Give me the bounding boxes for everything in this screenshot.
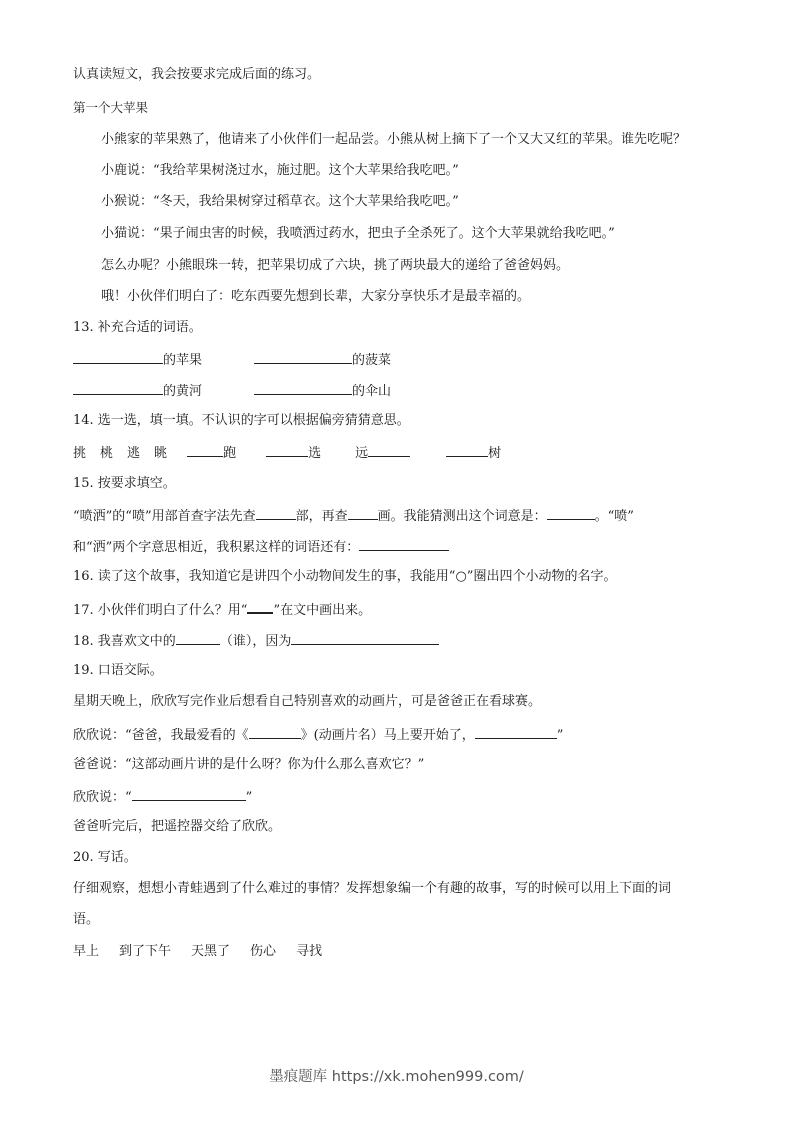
answer-blank[interactable]	[446, 443, 488, 457]
question-18-prompt: 18. 我喜欢文中的（谁），因为	[73, 631, 439, 651]
question-17-prompt: 17. 小伙伴们明白了什么？用“”在文中画出来。	[73, 599, 371, 620]
question-13-row-2: 的黄河的伞山	[73, 381, 391, 401]
text: 欣欣说：“	[73, 790, 132, 805]
word: 到了下午	[119, 944, 171, 959]
text: ”	[246, 790, 253, 805]
text: 画。我能猜测出这个词意是：	[378, 509, 547, 524]
answer-blank[interactable]	[249, 725, 301, 739]
answer-suffix: 的伞山	[352, 384, 391, 399]
word: 早上	[73, 944, 99, 959]
answer-blank[interactable]	[254, 350, 352, 364]
text: （谁），因为	[220, 634, 292, 649]
text: “喷洒”的“喷”用部首查字法先查	[73, 509, 256, 524]
text: 欣欣说：“爸爸，我最爱看的《	[73, 728, 249, 743]
instructions: 认真读短文，我会按要求完成后面的练习。	[73, 66, 320, 84]
dialogue-line: 爸爸说：“这部动画片讲的是什么呀？你为什么那么喜欢它？”	[73, 756, 424, 774]
answer-blank[interactable]	[547, 506, 595, 520]
question-14-prompt: 14. 选一选，填一填。不认识的字可以根据偏旁猜猜意思。	[73, 412, 410, 430]
text: 17. 小伙伴们明白了什么？用“	[73, 603, 247, 618]
question-14-row: 挑桃逃眺跑选远树	[73, 443, 501, 463]
choice-char: 逃	[127, 446, 140, 461]
text: ”	[557, 728, 564, 743]
answer-blank[interactable]	[348, 506, 378, 520]
answer-prefix: 远	[355, 446, 368, 461]
question-20-words: 早上到了下午天黑了伤心寻找	[73, 943, 322, 961]
text: 18. 我喜欢文中的	[73, 634, 176, 649]
answer-blank[interactable]	[266, 443, 308, 457]
answer-suffix: 选	[308, 446, 321, 461]
answer-blank[interactable]	[176, 631, 220, 645]
story-title: 第一个大苹果	[73, 99, 148, 117]
answer-blank[interactable]	[132, 787, 246, 801]
underline-symbol	[247, 599, 273, 614]
question-20-prompt: 20. 写话。	[73, 849, 137, 867]
story-paragraph: 怎么办呢？小熊眼珠一转，把苹果切成了六块，挑了两块最大的递给了爸爸妈妈。	[101, 257, 569, 275]
answer-blank[interactable]	[73, 381, 163, 395]
dialogue-line: 欣欣说：“爸爸，我最爱看的《》(动画片名）马上要开始了，”	[73, 725, 563, 745]
answer-blank[interactable]	[254, 381, 352, 395]
word: 寻找	[296, 944, 322, 959]
question-13-row-1: 的苹果的菠菜	[73, 350, 391, 370]
question-20-text: 语。	[73, 911, 99, 929]
text: 》(动画片名）马上要开始了，	[301, 728, 475, 743]
text: 。“喷”	[595, 509, 634, 524]
dialogue-line: 欣欣说：“”	[73, 787, 252, 807]
answer-blank[interactable]	[359, 537, 449, 551]
story-paragraph: 小猴说：“冬天，我给果树穿过稻草衣。这个大苹果给我吃吧。”	[101, 193, 459, 211]
story-paragraph: 小猫说：“果子闹虫害的时候，我喷洒过药水，把虫子全杀死了。这个大苹果就给我吃吧。…	[101, 225, 615, 243]
word: 伤心	[250, 944, 276, 959]
question-15-line-1: “喷洒”的“喷”用部首查字法先查部，再查画。我能猜测出这个词意是：。“喷”	[73, 506, 634, 526]
question-15-prompt: 15. 按要求填空。	[73, 475, 176, 493]
story-paragraph: 哦！小伙伴们明白了：吃东西要先想到长辈，大家分享快乐才是最幸福的。	[101, 288, 530, 306]
question-15-line-2: 和“洒”两个字意思相近，我积累这样的词语还有：	[73, 537, 449, 557]
text: 部，再查	[296, 509, 348, 524]
answer-blank[interactable]	[256, 506, 296, 520]
choice-char: 桃	[100, 446, 113, 461]
question-19-scene: 星期天晚上，欣欣写完作业后想看自己特别喜欢的动画片，可是爸爸正在看球赛。	[73, 693, 541, 711]
text: ”在文中画出来。	[273, 603, 371, 618]
answer-suffix: 的菠菜	[352, 353, 391, 368]
answer-blank[interactable]	[368, 443, 410, 457]
question-13-prompt: 13. 补充合适的词语。	[73, 319, 202, 337]
answer-blank[interactable]	[187, 443, 223, 457]
answer-suffix: 跑	[223, 446, 236, 461]
answer-suffix: 树	[488, 446, 501, 461]
story-paragraph: 小熊家的苹果熟了，他请来了小伙伴们一起品尝。小熊从树上摘下了一个又大又红的苹果。…	[101, 131, 686, 149]
answer-blank[interactable]	[475, 725, 557, 739]
answer-suffix: 的黄河	[163, 384, 202, 399]
question-16-prompt: 16. 读了这个故事，我知道它是讲四个小动物间发生的事，我能用“○”圈出四个小动…	[73, 568, 616, 586]
question-20-text: 仔细观察，想想小青蛙遇到了什么难过的事情？发挥想象编一个有趣的故事，写的时候可以…	[73, 880, 671, 898]
dialogue-line: 爸爸听完后，把遥控器交给了欣欣。	[73, 818, 281, 836]
footer-watermark: 墨痕题库 https://xk.mohen999.com/	[0, 1065, 793, 1086]
answer-blank[interactable]	[73, 350, 163, 364]
answer-suffix: 的苹果	[163, 353, 202, 368]
text: 和“洒”两个字意思相近，我积累这样的词语还有：	[73, 540, 359, 555]
word: 天黑了	[191, 944, 230, 959]
choice-char: 挑	[73, 446, 86, 461]
choice-char: 眺	[154, 446, 167, 461]
story-paragraph: 小鹿说：“我给苹果树浇过水，施过肥。这个大苹果给我吃吧。”	[101, 162, 459, 180]
question-19-prompt: 19. 口语交际。	[73, 662, 163, 680]
answer-blank[interactable]	[291, 631, 439, 645]
